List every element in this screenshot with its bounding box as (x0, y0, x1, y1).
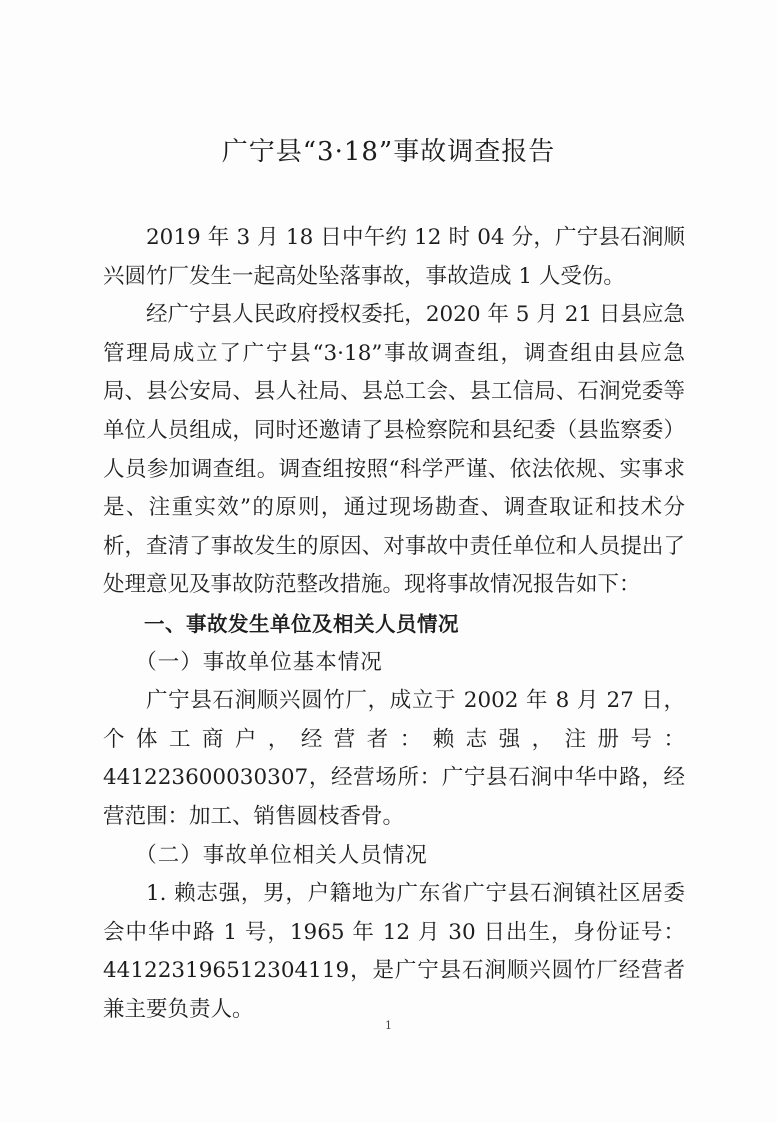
paragraph-unit-info: 广宁县石涧顺兴圆竹厂，成立于 2002 年 8 月 27 日，个体工商户，经营者… (103, 682, 685, 836)
document-title: 广宁县“3·18”事故调查报告 (0, 131, 777, 168)
paragraph-investigation-team: 经广宁县人民政府授权委托，2020 年 5 月 21 日县应急管理局成立了广宁县… (103, 296, 685, 605)
subsection-heading-personnel: （二）事故单位相关人员情况 (103, 837, 685, 876)
page-number: 1 (0, 1019, 777, 1032)
document-page: 广宁县“3·18”事故调查报告 2019 年 3 月 18 日中午约 12 时 … (0, 0, 777, 1123)
document-body: 2019 年 3 月 18 日中午约 12 时 04 分，广宁县石涧顺兴圆竹厂发… (103, 219, 685, 1029)
paragraph-incident-summary: 2019 年 3 月 18 日中午约 12 时 04 分，广宁县石涧顺兴圆竹厂发… (103, 219, 685, 296)
subsection-heading-unit-info: （一）事故单位基本情况 (103, 644, 685, 683)
section-heading-1: 一、事故发生单位及相关人员情况 (103, 605, 685, 644)
paragraph-personnel-1: 1. 赖志强，男，户籍地为广东省广宁县石涧镇社区居委会中华中路 1 号，1965… (103, 875, 685, 1029)
